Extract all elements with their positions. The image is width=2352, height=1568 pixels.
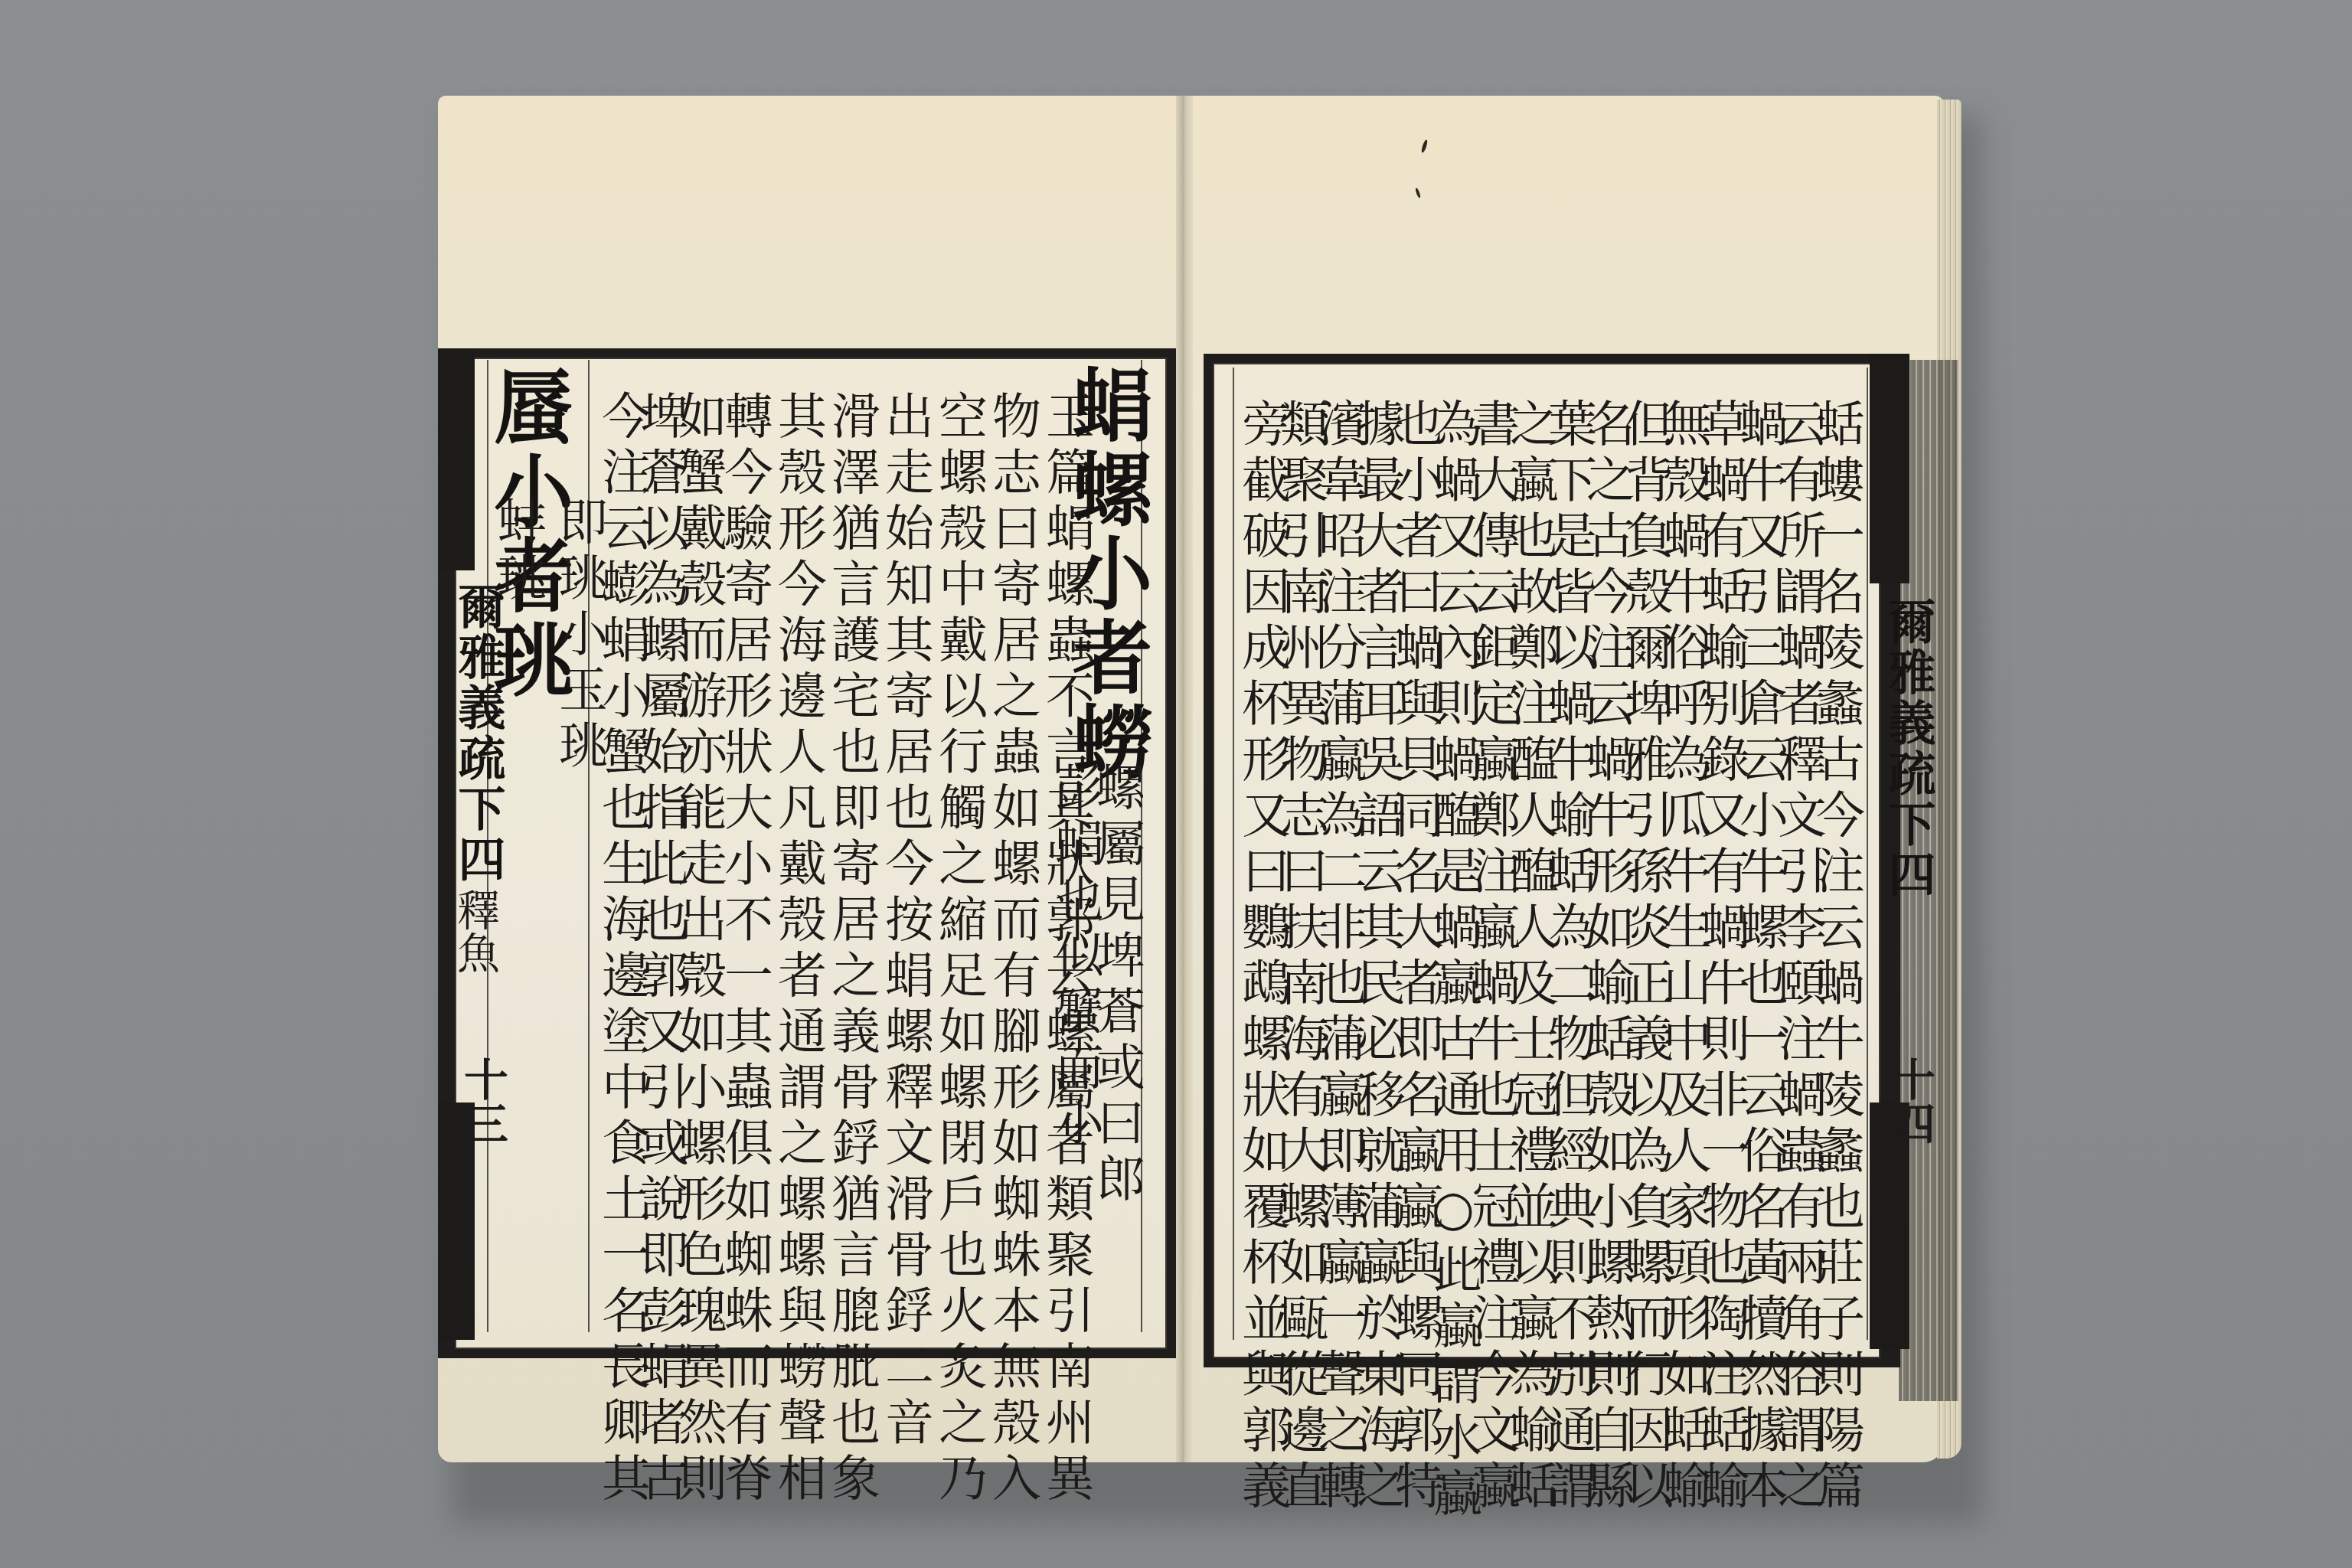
text-column: 滑澤猶言護宅也即寄居之義骨鋢猶言膍肶也象: [827, 390, 876, 1508]
text-column: 物志曰寄居之蟲如螺而有腳形如蜘蛛本無殼入: [988, 390, 1037, 1508]
gloss-column: 蚌珧: [493, 496, 542, 608]
fish-tail-top-right: [1870, 354, 1909, 583]
fish-tail-top-left: [438, 348, 475, 570]
text-column: 旁截破因成杯形又曰鸚鵡螺狀如覆杯並與郭義: [1237, 398, 1286, 1516]
text-column: 空螺殼中戴以行觸之縮足如螺閉戶也火炙之乃: [934, 390, 983, 1508]
book-gutter: [1176, 96, 1193, 1462]
text-column: 轉今驗寄居形狀大小不一其蟲俱如蜘蛛而有脊: [720, 390, 769, 1508]
page-number-right: 十四: [1877, 1057, 1942, 1145]
column-rule: [1867, 367, 1868, 1340]
headword-column: 蜎螺小者蟧: [1066, 364, 1145, 785]
gloss-column: 彭蜎也似蟹而小: [1050, 762, 1099, 1153]
page-number-left: 十三: [450, 1057, 514, 1145]
text-column: 其殼形今海邊人凡戴殼者通謂之螺螺與蟧聲相: [773, 390, 822, 1508]
text-column: 出走始知其寄居也今按蜎螺釋文滑骨鋢二音: [880, 390, 929, 1452]
chapter-label-left: 釋魚: [444, 888, 505, 974]
text-column: 今注云蟛蜎小蟹也生海邊塗中食土一名長卿其: [597, 390, 646, 1508]
banner-title-right: 爾雅義疏下四: [1874, 597, 1942, 900]
